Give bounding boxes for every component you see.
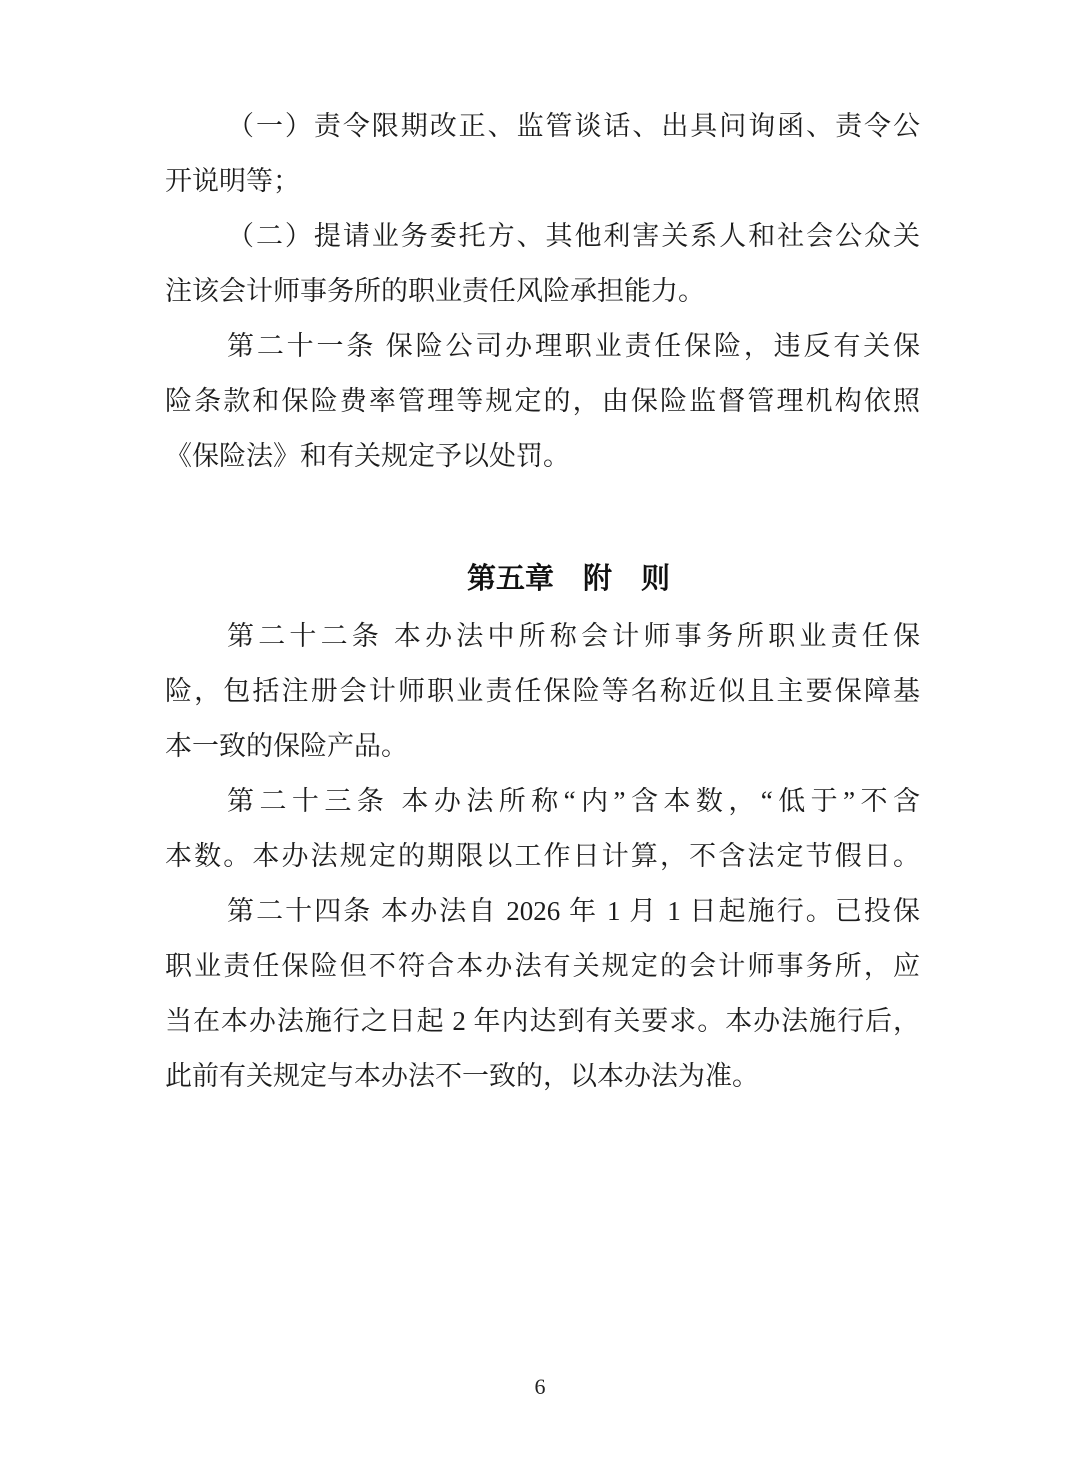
paragraph-line: 开说明等； (165, 154, 920, 209)
page-body: （一）责令限期改正、监管谈话、出具问询函、责令公 开说明等； （二）提请业务委托… (0, 0, 1080, 1104)
paragraph-line: 《保险法》和有关规定予以处罚。 (165, 429, 920, 484)
paragraph-line: 注该会计师事务所的职业责任风险承担能力。 (165, 264, 920, 319)
paragraph-line: 此前有关规定与本办法不一致的，以本办法为准。 (165, 1049, 920, 1104)
paragraph-line: 险条款和保险费率管理等规定的，由保险监督管理机构依照 (165, 374, 920, 429)
paragraph-line: 第二十四条 本办法自 2026 年 1 月 1 日起施行。已投保 (165, 884, 920, 939)
paragraph-line: 本数。本办法规定的期限以工作日计算，不含法定节假日。 (165, 829, 920, 884)
paragraph-line: 第二十一条 保险公司办理职业责任保险，违反有关保 (165, 319, 920, 374)
document-page: （一）责令限期改正、监管谈话、出具问询函、责令公 开说明等； （二）提请业务委托… (0, 0, 1080, 1473)
paragraph-line: 险，包括注册会计师职业责任保险等名称近似且主要保障基 (165, 664, 920, 719)
paragraph-line: （一）责令限期改正、监管谈话、出具问询函、责令公 (165, 99, 920, 154)
paragraph-line: 第二十二条 本办法中所称会计师事务所职业责任保 (165, 609, 920, 664)
chapter-heading: 第五章 附 则 (165, 552, 920, 607)
paragraph-line: 第二十三条 本办法所称“内”含本数，“低于”不含 (165, 774, 920, 829)
paragraph-line: 职业责任保险但不符合本办法有关规定的会计师事务所，应 (165, 939, 920, 994)
paragraph-line: 当在本办法施行之日起 2 年内达到有关要求。本办法施行后， (165, 994, 920, 1049)
page-number: 6 (0, 1372, 1080, 1402)
paragraph-line: （二）提请业务委托方、其他利害关系人和社会公众关 (165, 209, 920, 264)
paragraph-line: 本一致的保险产品。 (165, 719, 920, 774)
